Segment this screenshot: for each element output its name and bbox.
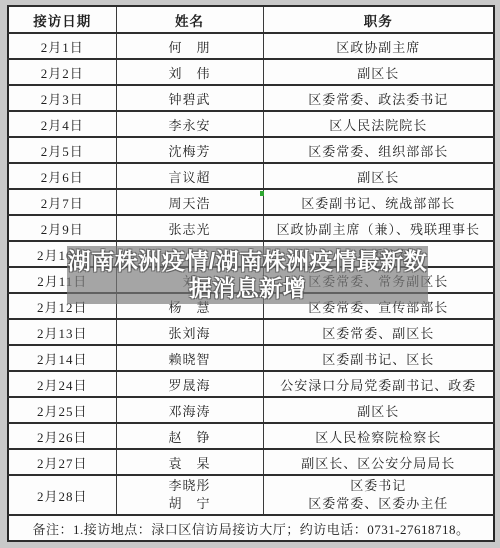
cell-position: 公安渌口分局党委副书记、政委 [263, 371, 494, 397]
cell-date: 2月7日 [8, 189, 116, 215]
cell-name: 刘 伟 [116, 59, 263, 85]
table-row: 2月6日言议超副区长 [8, 163, 494, 189]
cell-name: 钟碧武 [116, 85, 263, 111]
cell-name: 邓海涛 [116, 397, 263, 423]
table-row: 2月24日罗晟海公安渌口分局党委副书记、政委 [8, 371, 494, 397]
cell-position: 区政协副主席（兼）、残联理事长 [263, 215, 494, 241]
cell-date: 2月6日 [8, 163, 116, 189]
cell-position: 区委副书记、统战部部长 [263, 189, 494, 215]
cell-date: 2月25日 [8, 397, 116, 423]
cell-date: 2月5日 [8, 137, 116, 163]
cell-position: 副区长 [263, 163, 494, 189]
table-row: 2月3日钟碧武区委常委、政法委书记 [8, 85, 494, 111]
table-row: 2月26日赵 铮区人民检察院检察长 [8, 423, 494, 449]
cell-date: 2月27日 [8, 449, 116, 475]
cell-name: 言议超 [116, 163, 263, 189]
watermark-line1: 湖南株洲疫情/湖南株洲疫情最新数 [68, 248, 427, 275]
cell-position: 区人民检察院检察长 [263, 423, 494, 449]
table-row: 2月1日何 朋区政协副主席 [8, 33, 494, 59]
table-row: 2月27日袁 杲副区长、区公安分局局长 [8, 449, 494, 475]
scanned-document-page: 接访日期 姓名 职务 2月1日何 朋区政协副主席2月2日刘 伟副区长2月3日钟碧… [0, 0, 500, 548]
table-row: 2月28日李晓彤胡 宁区委书记区委常委、区委办主任 [8, 475, 494, 515]
header-row: 接访日期 姓名 职务 [8, 6, 494, 33]
cell-name: 张志光 [116, 215, 263, 241]
cell-position: 区委副书记、区长 [263, 345, 494, 371]
table-row: 2月5日沈梅芳区委常委、组织部部长 [8, 137, 494, 163]
cell-date: 2月4日 [8, 111, 116, 137]
col-header-position: 职务 [263, 6, 494, 33]
table-header: 接访日期 姓名 职务 [8, 6, 494, 33]
footer-note: 备注：1.接访地点：渌口区信访局接访大厅；约访电话：0731-27618718。 [8, 515, 494, 541]
scan-artifact-dot [260, 191, 264, 196]
watermark-line2: 据消息新增 [189, 275, 307, 302]
cell-name: 张刘海 [116, 319, 263, 345]
table-row: 2月14日赖晓智区委副书记、区长 [8, 345, 494, 371]
table-row: 2月13日张刘海区委常委、副区长 [8, 319, 494, 345]
cell-date: 2月24日 [8, 371, 116, 397]
cell-position: 区政协副主席 [263, 33, 494, 59]
cell-name: 李永安 [116, 111, 263, 137]
table-row: 2月4日李永安区人民法院院长 [8, 111, 494, 137]
table-row: 2月9日张志光区政协副主席（兼）、残联理事长 [8, 215, 494, 241]
cell-name: 袁 杲 [116, 449, 263, 475]
cell-name: 周天浩 [116, 189, 263, 215]
cell-date: 2月28日 [8, 475, 116, 515]
watermark-overlay: 湖南株洲疫情/湖南株洲疫情最新数 据消息新增 [67, 246, 428, 304]
table-row: 2月2日刘 伟副区长 [8, 59, 494, 85]
cell-date: 2月26日 [8, 423, 116, 449]
cell-name: 何 朋 [116, 33, 263, 59]
cell-date: 2月9日 [8, 215, 116, 241]
cell-date: 2月2日 [8, 59, 116, 85]
cell-name: 赖晓智 [116, 345, 263, 371]
cell-position: 区委常委、组织部部长 [263, 137, 494, 163]
cell-position: 区委常委、政法委书记 [263, 85, 494, 111]
cell-position: 区人民法院院长 [263, 111, 494, 137]
cell-name: 李晓彤胡 宁 [116, 475, 263, 515]
table-footer: 备注：1.接访地点：渌口区信访局接访大厅；约访电话：0731-27618718。 [8, 515, 494, 541]
col-header-name: 姓名 [116, 6, 263, 33]
cell-position: 副区长 [263, 397, 494, 423]
table-row: 2月7日周天浩区委副书记、统战部部长 [8, 189, 494, 215]
cell-date: 2月14日 [8, 345, 116, 371]
cell-position: 副区长、区公安分局局长 [263, 449, 494, 475]
cell-position: 区委常委、副区长 [263, 319, 494, 345]
col-header-date: 接访日期 [8, 6, 116, 33]
cell-date: 2月1日 [8, 33, 116, 59]
footer-row: 备注：1.接访地点：渌口区信访局接访大厅；约访电话：0731-27618718。 [8, 515, 494, 541]
cell-position: 副区长 [263, 59, 494, 85]
cell-name: 赵 铮 [116, 423, 263, 449]
table-row: 2月25日邓海涛副区长 [8, 397, 494, 423]
cell-date: 2月13日 [8, 319, 116, 345]
cell-name: 罗晟海 [116, 371, 263, 397]
cell-date: 2月3日 [8, 85, 116, 111]
cell-position: 区委书记区委常委、区委办主任 [263, 475, 494, 515]
cell-name: 沈梅芳 [116, 137, 263, 163]
